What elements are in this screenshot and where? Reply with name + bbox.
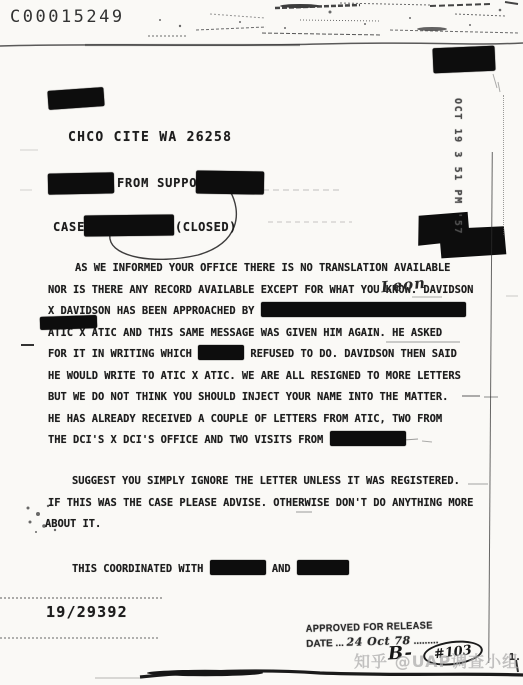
body-text: THIS COORDINATED WITH	[72, 563, 210, 575]
redaction-bar	[210, 560, 266, 575]
body-text: HE HAS ALREADY RECEIVED A COUPLE OF LETT…	[48, 413, 442, 425]
body-line: ABOUT IT.	[45, 514, 515, 536]
stamp-date-dots-pre: ...	[335, 638, 344, 649]
body-line: THE DCI'S X DCI'S OFFICE AND TWO VISITS …	[48, 430, 518, 452]
horizontal-scan-line	[0, 43, 523, 46]
body-line: HE WOULD WRITE TO ATIC X ATIC. WE ARE AL…	[48, 366, 518, 388]
case-status: (CLOSED)	[175, 220, 237, 234]
stamp-date-label: DATE	[306, 638, 333, 650]
letter-paragraph-1: AS WE INFORMED YOUR OFFICE THERE IS NO T…	[48, 258, 518, 452]
body-text: FOR IT IN WRITING WHICH	[48, 348, 198, 360]
body-line: ATIC X ATIC AND THIS SAME MESSAGE WAS GI…	[48, 323, 518, 345]
dotted-rule	[0, 637, 158, 639]
scanned-document-page: C00015249 OCT 19 3 51 PM '57 CHCO CITE W…	[0, 0, 523, 685]
body-line: X DAVIDSON HAS BEEN APPROACHED BY	[48, 301, 518, 323]
station-cite-line: CHCO CITE WA 26258	[68, 130, 232, 145]
redaction-bar	[330, 431, 406, 446]
case-label: CASE	[53, 220, 85, 234]
redaction-bar	[84, 215, 174, 237]
letter-paragraph-2: SUGGEST YOU SIMPLY IGNORE THE LETTER UNL…	[45, 471, 515, 536]
redaction-bar	[297, 560, 349, 575]
body-line: SUGGEST YOU SIMPLY IGNORE THE LETTER UNL…	[45, 471, 515, 493]
body-line: AS WE INFORMED YOUR OFFICE THERE IS NO T…	[48, 258, 518, 280]
file-number: 19/29392	[46, 603, 128, 621]
right-dotted-line	[503, 95, 504, 235]
dotted-rule	[0, 597, 162, 599]
received-date-stamp: OCT 19 3 51 PM '57	[452, 98, 463, 235]
stamp-title: APPROVED FOR RELEASE	[306, 620, 433, 635]
body-text: HE WOULD WRITE TO ATIC X ATIC. WE ARE AL…	[48, 370, 461, 382]
body-text: BUT WE DO NOT THINK YOU SHOULD INJECT YO…	[48, 391, 448, 403]
redaction-bar	[48, 172, 114, 194]
scan-noise-band	[148, 2, 520, 36]
body-text: AND	[266, 563, 297, 575]
redaction-bar	[261, 302, 466, 317]
body-line: NOR IS THERE ANY RECORD AVAILABLE EXCEPT…	[48, 280, 518, 302]
coordination-line: THIS COORDINATED WITH AND	[72, 559, 512, 581]
redaction-bar	[196, 170, 264, 194]
body-text: THE DCI'S X DCI'S OFFICE AND TWO VISITS …	[48, 434, 330, 446]
body-text: ATIC X ATIC AND THIS SAME MESSAGE WAS GI…	[48, 327, 442, 339]
body-text: ABOUT IT.	[45, 518, 101, 530]
body-line: HE HAS ALREADY RECEIVED A COUPLE OF LETT…	[48, 409, 518, 431]
body-line: IF THIS WAS THE CASE PLEASE ADVISE. OTHE…	[45, 493, 515, 515]
body-text: REFUSED TO DO. DAVIDSON THEN SAID	[244, 348, 457, 360]
body-text: IF THIS WAS THE CASE PLEASE ADVISE. OTHE…	[48, 497, 473, 509]
redaction-bar	[47, 87, 104, 110]
watermark-text: 知乎 @UAP调查小组	[354, 649, 519, 672]
document-number: C00015249	[10, 7, 125, 27]
body-line: FOR IT IN WRITING WHICH REFUSED TO DO. D…	[48, 344, 518, 366]
body-text: AS WE INFORMED YOUR OFFICE THERE IS NO T…	[75, 262, 450, 274]
body-line: BUT WE DO NOT THINK YOU SHOULD INJECT YO…	[48, 387, 518, 409]
body-line: THIS COORDINATED WITH AND	[72, 559, 512, 581]
body-text: SUGGEST YOU SIMPLY IGNORE THE LETTER UNL…	[72, 475, 460, 487]
redaction-bar	[432, 46, 495, 74]
redaction-bar	[40, 315, 97, 330]
redaction-bar	[198, 345, 244, 360]
corner-mark: 1.	[509, 652, 521, 663]
